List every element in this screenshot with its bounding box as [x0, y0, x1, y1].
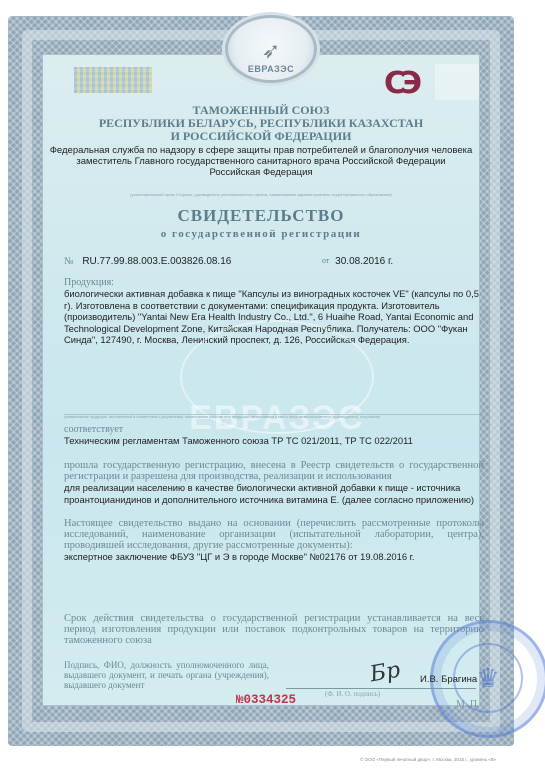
eurasec-emblem: ➶ ЕВРАЗЭС [228, 18, 314, 80]
authority-line-1: Федеральная служба по надзору в сфере за… [43, 145, 479, 156]
header-line-3: И РОССИЙСКОЙ ФЕДЕРАЦИИ [43, 130, 479, 143]
authority-line-2: заместитель Главного государственного са… [43, 156, 479, 167]
signature-line [286, 688, 476, 689]
basis-section: Настоящее свидетельство выдано на основа… [64, 518, 484, 563]
registration-number-row: № RU.77.99.88.003.Е.003826.08.16 от 30.0… [64, 256, 484, 267]
validity-section: Срок действия свидетельства о государств… [64, 613, 484, 646]
conformity-label: соответствует [64, 425, 484, 435]
validity-text: Срок действия свидетельства о государств… [64, 613, 484, 646]
conformity-text: Техническим регламентам Таможенного союз… [64, 435, 484, 447]
product-caption: (наименование продукции, изготовленной в… [64, 414, 484, 419]
signature-caption-block: Подпись, ФИО, должность уполномоченного … [64, 660, 269, 690]
sanitary-epidemiological-mark: СЭ [384, 69, 416, 99]
hologram [74, 67, 152, 93]
conformity-section: соответствует Техническим регламентам Та… [64, 425, 484, 447]
registration-date: 30.08.2016 г. [335, 256, 393, 267]
authority-line-3: Российская Федерация [43, 167, 479, 178]
signature-caption: Подпись, ФИО, должность уполномоченного … [64, 660, 269, 690]
seal-place-label: М. П. [456, 699, 480, 710]
document-title: СВИДЕТЕЛЬСТВО [43, 206, 479, 226]
fio-caption: (Ф. И. О. подпись) [325, 690, 380, 698]
signer-name: И.В. Брагина [420, 674, 477, 685]
registration-statement-text: прошла государственную регистрацию, внес… [64, 460, 484, 482]
usage-text: для реализации населению в качестве биол… [64, 482, 484, 505]
printer-note: © ООО «Первый печатный двор», г. Москва,… [360, 757, 496, 762]
eagle-bird-icon: ➶ [262, 40, 280, 62]
basis-value: экспертное заключение ФБУЗ "ЦГ и Э в гор… [64, 551, 484, 563]
registration-date-wrap: от 30.08.2016 г. [322, 256, 393, 267]
registration-number: RU.77.99.88.003.Е.003826.08.16 [82, 256, 231, 267]
serial-number: №0334325 [236, 693, 296, 707]
signature-scribble: Бр [368, 658, 402, 688]
emblem-text: ЕВРАЗЭС [248, 64, 294, 74]
date-label: от [322, 256, 329, 265]
registration-statement: прошла государственную регистрацию, внес… [64, 460, 484, 505]
basis-text: Настоящее свидетельство выдано на основа… [64, 518, 484, 551]
certificate-header: ТАМОЖЕННЫЙ СОЮЗ РЕСПУБЛИКИ БЕЛАРУСЬ, РЕС… [43, 104, 479, 178]
number-label: № [64, 256, 74, 267]
authority-caption: (уполномоченный орган Стороны, руководит… [43, 192, 479, 197]
blank-field [435, 64, 479, 100]
document-subtitle: о государственной регистрации [43, 228, 479, 240]
product-label: Продукция: [64, 278, 484, 288]
